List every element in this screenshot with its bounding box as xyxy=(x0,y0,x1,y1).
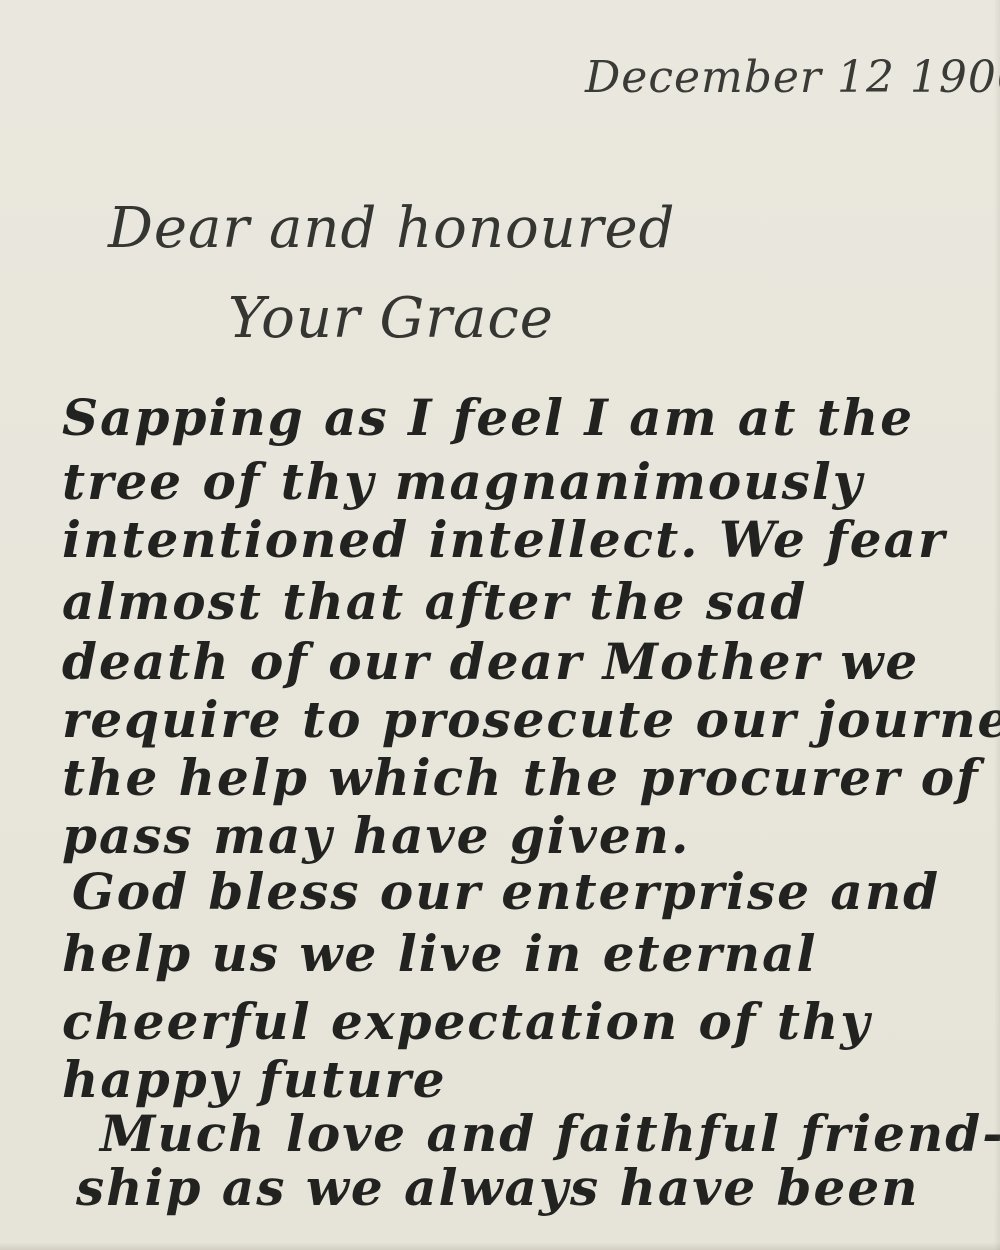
body-line: the help which the procurer of the xyxy=(62,748,1000,807)
letter-date: December 12 1900 xyxy=(585,52,1000,103)
paper-edge-shadow-right xyxy=(994,0,1000,1250)
salutation-line-2: Your Grace xyxy=(228,286,554,351)
body-line: happy future xyxy=(62,1050,447,1109)
paper-edge-shadow-bottom xyxy=(0,1242,1000,1250)
body-line: ship as we always have been xyxy=(76,1158,919,1217)
body-line: intentioned intellect. We fear xyxy=(62,510,946,569)
body-line: help us we live in eternal xyxy=(62,924,818,983)
body-line: tree of thy magnanimously xyxy=(62,452,864,511)
body-line: require to prosecute our journey xyxy=(62,690,1000,749)
body-line: cheerful expectation of thy xyxy=(62,992,871,1051)
body-line: Much love and faithful friend- xyxy=(100,1104,1000,1163)
letter-page: December 12 1900 Dear and honoured Your … xyxy=(0,0,1000,1250)
salutation-line-1: Dear and honoured xyxy=(108,196,675,261)
body-line: Sapping as I feel I am at the xyxy=(62,388,914,447)
body-line: almost that after the sad xyxy=(62,572,807,631)
body-line: God bless our enterprise and xyxy=(72,862,940,921)
body-line: pass may have given. xyxy=(62,806,690,865)
body-line: death of our dear Mother we xyxy=(62,632,919,691)
